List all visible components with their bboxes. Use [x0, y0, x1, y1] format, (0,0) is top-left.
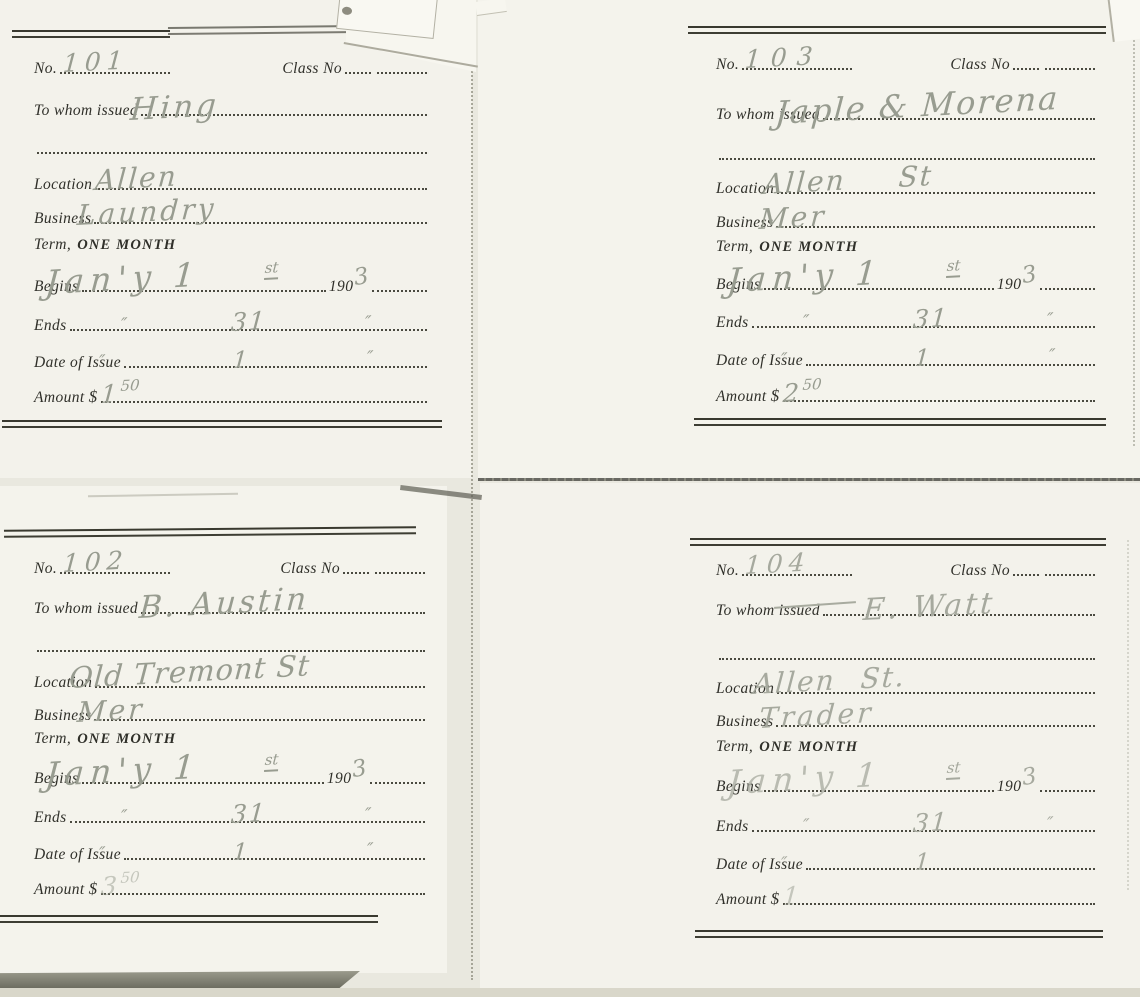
ditto-mark: ″ [802, 312, 810, 332]
license-card-103: No. Class No 103 To whom issued Japle & … [688, 12, 1108, 442]
dotted-line [101, 893, 425, 895]
begins-row: Begins 190 3 Jan'y 1 st [34, 764, 428, 788]
term-value: ONE MONTH [759, 240, 858, 257]
double-rule [2, 420, 442, 428]
dotted-line [1045, 68, 1095, 70]
perforation-dotted-line [1133, 12, 1135, 446]
term-row: Term, ONE MONTH [34, 230, 430, 254]
dotted-line [82, 290, 326, 292]
location-row: Location Old Tremont St [34, 668, 428, 692]
dotted-line [776, 226, 1095, 228]
amount-label: Amount [34, 882, 85, 900]
business-label: Business [34, 708, 91, 726]
perforation-dotted-line [471, 28, 473, 980]
blank-row [716, 640, 1098, 664]
dotted-line [742, 574, 852, 576]
no-label: No. [716, 563, 739, 581]
term-value: ONE MONTH [759, 740, 858, 757]
page-edge-band [0, 988, 1140, 997]
handwritten-amount-cents: 50 [802, 375, 822, 394]
handwritten-amount-dollars: 1 [100, 379, 118, 409]
to-whom-issued-label: To whom issued [716, 107, 820, 125]
begins-row: Begins 190 3 Jan'y 1 st [34, 272, 430, 296]
term-label: Term, [34, 237, 71, 255]
dotted-line [776, 725, 1095, 727]
dotted-line [124, 858, 425, 860]
no-label: No. [34, 561, 57, 579]
location-label: Location [34, 177, 92, 195]
dotted-line [777, 692, 1095, 694]
double-rule [4, 526, 416, 538]
dotted-line [1040, 790, 1095, 792]
handwritten-year-digit: 3 [1021, 763, 1039, 791]
date-of-issue-label: Date of Issue [34, 847, 121, 865]
handwritten-amount-dollars: 2 [782, 378, 800, 408]
perforation-dotted-line [1127, 540, 1129, 890]
ditto-mark: ″ [120, 807, 128, 827]
handwritten-year-digit: 3 [351, 755, 369, 783]
number-row: No. Class No 102 [34, 554, 428, 578]
license-card-102: No. Class No 102 To whom issued B. Austi… [0, 520, 444, 940]
dotted-line [719, 658, 1095, 660]
dotted-line [1013, 68, 1039, 70]
date-of-issue-row: Date of Issue ″ 1 ″ [716, 346, 1098, 370]
dotted-line [70, 329, 427, 331]
ditto-mark: ″ [366, 348, 374, 368]
business-label: Business [716, 215, 773, 233]
ends-row: Ends ″ 31 ″ [34, 803, 428, 827]
to-whom-issued-label: To whom issued [34, 103, 138, 121]
dotted-line [777, 192, 1095, 194]
handwritten-ordinal: st [946, 758, 961, 780]
location-label: Location [716, 181, 774, 199]
dotted-line [806, 868, 1095, 870]
business-label: Business [716, 714, 773, 732]
business-label: Business [34, 211, 91, 229]
dotted-line [94, 222, 427, 224]
double-rule [168, 25, 358, 35]
dotted-line [719, 158, 1095, 160]
handwritten-business: Trader [758, 696, 875, 735]
handwritten-year-digit: 3 [1021, 261, 1039, 289]
term-row: Term, ONE MONTH [716, 232, 1098, 256]
license-card-101: No. Class No 101 To whom issued Hing Loc… [0, 18, 446, 446]
amount-row: Amount $ 1 50 [34, 383, 430, 407]
dotted-line [806, 364, 1095, 366]
term-label: Term, [716, 239, 753, 257]
blank-row [716, 140, 1098, 164]
handwritten-issue-day: 1 [914, 345, 930, 372]
amount-row: Amount $ 3 50 [34, 875, 428, 899]
amount-label: Amount [716, 892, 767, 910]
ends-label: Ends [716, 315, 749, 333]
double-rule [690, 538, 1106, 546]
double-rule [695, 930, 1103, 938]
ends-label: Ends [34, 810, 67, 828]
handwritten-issue-day: 1 [232, 839, 248, 866]
dotted-line [370, 782, 425, 784]
date-of-issue-row: Date of Issue ″ 1 ″ [34, 840, 428, 864]
ends-row: Ends ″ 31 ″ [716, 308, 1098, 332]
ends-row: Ends ″ 31 ″ [716, 812, 1098, 836]
ditto-mark: ″ [802, 816, 810, 836]
handwritten-end-day: 31 [912, 807, 950, 838]
dotted-line [345, 72, 371, 74]
handwritten-business: Laundry [76, 192, 218, 232]
torn-paper-fragment [1107, 0, 1140, 42]
dotted-line [94, 719, 425, 721]
blank-row [34, 632, 428, 656]
issued-to-row: To whom issued Hing [34, 96, 430, 120]
no-label: No. [716, 57, 739, 75]
ditto-mark: ″ [1048, 346, 1056, 366]
year-printed: 190 [329, 279, 353, 297]
begins-row: Begins 190 3 Jan'y 1 st [716, 772, 1098, 796]
dotted-line [95, 686, 425, 688]
date-of-issue-label: Date of Issue [34, 355, 121, 373]
paper-speck [342, 6, 353, 15]
double-rule [694, 418, 1106, 426]
dotted-line [1045, 574, 1095, 576]
dotted-line [783, 400, 1095, 402]
year-printed: 190 [997, 277, 1021, 295]
dotted-line [37, 650, 425, 652]
number-row: No. Class No 101 [34, 54, 430, 78]
begins-label: Begins [34, 771, 79, 789]
handwritten-location: Allen [94, 160, 179, 197]
dotted-line [1040, 288, 1095, 290]
page-edge-line [478, 478, 1140, 481]
location-row: Location Allen [34, 170, 430, 194]
business-row: Business Trader [716, 707, 1098, 731]
class-no-label: Class No [282, 61, 342, 79]
handwritten-ordinal: st [264, 258, 279, 280]
handwritten-issue-day: 1 [232, 347, 248, 374]
dotted-line [60, 572, 170, 574]
handwritten-name: E. Watt [862, 586, 996, 628]
begins-label: Begins [716, 779, 761, 797]
business-row: Business Mer [34, 701, 428, 725]
dotted-line [141, 612, 425, 614]
term-label: Term, [34, 731, 71, 749]
handwritten-amount-cents: 50 [120, 376, 140, 395]
dotted-line [783, 903, 1095, 905]
term-row: Term, ONE MONTH [34, 724, 428, 748]
date-of-issue-label: Date of Issue [716, 857, 803, 875]
page-edge-shadow [0, 971, 360, 989]
date-of-issue-row: Date of Issue ″ 1 [716, 850, 1098, 874]
term-value: ONE MONTH [77, 732, 176, 749]
class-no-label: Class No [280, 561, 340, 579]
double-rule [0, 915, 378, 923]
amount-row: Amount $ 1 [716, 885, 1098, 909]
handwritten-location: Allen St. [752, 660, 907, 701]
to-whom-issued-label: To whom issued [34, 601, 138, 619]
ditto-mark: ″ [120, 315, 128, 335]
dotted-line [101, 401, 427, 403]
dotted-line [1013, 574, 1039, 576]
handwritten-amount-dollars: 3 [100, 871, 118, 901]
dollar-sign: $ [771, 387, 780, 406]
ends-row: Ends ″ 31 ″ [34, 311, 430, 335]
dollar-sign: $ [89, 880, 98, 899]
begins-label: Begins [34, 279, 79, 297]
location-label: Location [34, 675, 92, 693]
ditto-mark: ″ [366, 840, 374, 860]
amount-label: Amount [716, 389, 767, 407]
begins-label: Begins [716, 277, 761, 295]
year-printed: 190 [997, 779, 1021, 797]
dollar-sign: $ [89, 388, 98, 407]
begins-row: Begins 190 3 Jan'y 1 st [716, 270, 1098, 294]
term-value: ONE MONTH [77, 238, 176, 255]
no-label: No. [34, 61, 57, 79]
dotted-line [752, 326, 1095, 328]
handwritten-amount-cents: 50 [120, 868, 140, 887]
location-row: Location Allen St. [716, 674, 1098, 698]
business-row: Business Mer [716, 208, 1098, 232]
handwritten-end-day: 31 [230, 306, 268, 337]
handwritten-amount-dollars: 1 [782, 881, 800, 911]
dotted-line [343, 572, 369, 574]
license-card-104: No. Class No 104 To whom issued E. Watt … [688, 532, 1108, 952]
double-rule [12, 30, 170, 38]
number-row: No. Class No 104 [716, 556, 1098, 580]
dotted-line [70, 821, 425, 823]
handwritten-end-day: 31 [912, 303, 950, 334]
date-of-issue-row: Date of Issue ″ 1 ″ [34, 348, 430, 372]
blank-row [34, 134, 430, 158]
handwritten-name: B. Austin [138, 581, 310, 626]
issued-to-row: To whom issued B. Austin [34, 594, 428, 618]
class-no-label: Class No [950, 57, 1010, 75]
dotted-line [377, 72, 427, 74]
location-label: Location [716, 681, 774, 699]
ends-label: Ends [34, 318, 67, 336]
ends-label: Ends [716, 819, 749, 837]
dotted-line [764, 790, 994, 792]
dotted-line [60, 72, 170, 74]
amount-row: Amount $ 2 50 [716, 382, 1098, 406]
dotted-line [95, 188, 427, 190]
dotted-line [372, 290, 427, 292]
location-row: Location Allen St [716, 174, 1098, 198]
year-printed: 190 [327, 771, 351, 789]
date-of-issue-label: Date of Issue [716, 353, 803, 371]
handwritten-issue-day: 1 [914, 849, 930, 876]
dotted-line [823, 614, 1095, 616]
dotted-line [764, 288, 994, 290]
handwritten-ordinal: st [264, 750, 279, 772]
issued-to-row: To whom issued E. Watt [716, 596, 1098, 620]
handwritten-ordinal: st [946, 256, 961, 278]
amount-label: Amount [34, 390, 85, 408]
dotted-line [37, 152, 427, 154]
handwritten-name: Hing [129, 87, 220, 128]
number-row: No. Class No 103 [716, 50, 1098, 74]
dollar-sign: $ [771, 890, 780, 909]
dotted-line [141, 114, 427, 116]
dotted-line [752, 830, 1095, 832]
business-row: Business Laundry [34, 204, 430, 228]
class-no-label: Class No [950, 563, 1010, 581]
handwritten-year-digit: 3 [353, 263, 371, 291]
handwritten-end-day: 31 [230, 798, 268, 829]
double-rule [688, 26, 1106, 34]
scanned-license-stubs-page: No. Class No 101 To whom issued Hing Loc… [0, 0, 1140, 997]
dotted-line [82, 782, 324, 784]
dotted-line [823, 118, 1095, 120]
dotted-line [742, 68, 852, 70]
dotted-line [124, 366, 427, 368]
dotted-line [375, 572, 425, 574]
handwritten-location: Allen St [762, 159, 934, 201]
term-label: Term, [716, 739, 753, 757]
issued-to-row: To whom issued Japle & Morena [716, 100, 1098, 124]
term-row: Term, ONE MONTH [716, 732, 1098, 756]
